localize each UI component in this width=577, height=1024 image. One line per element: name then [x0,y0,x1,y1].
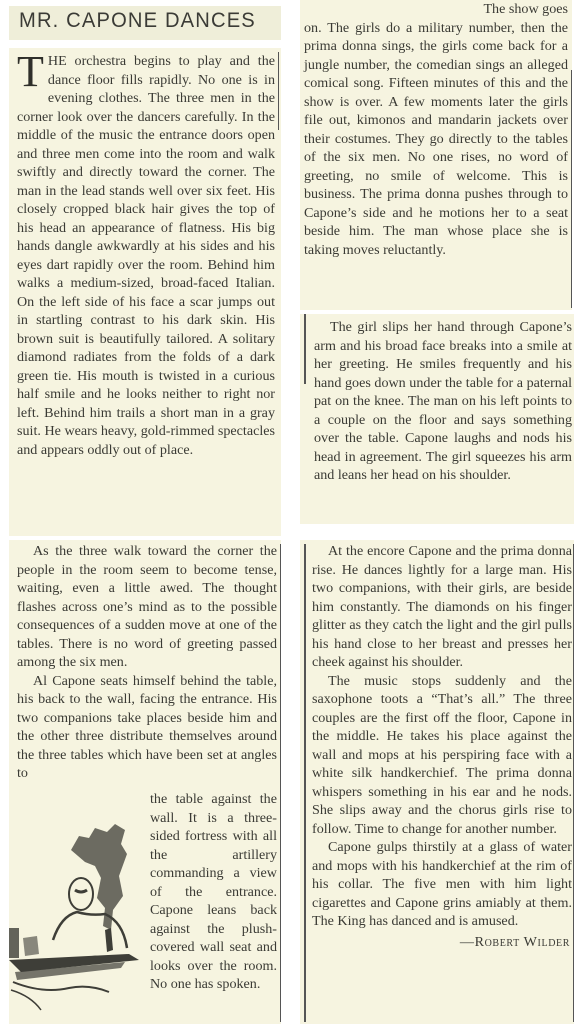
column-rule [280,544,282,1022]
paragraph: on. The girls do a military number, then… [304,19,568,260]
column-text: The show goes on. The girls do a militar… [304,0,568,259]
right-bottom-column: At the encore Capone and the prima donna… [300,540,574,1024]
column-rule [571,70,573,308]
paragraph: The girl slips her hand through Capone’s… [314,318,572,485]
column-text: As the three walk toward the corner the … [17,542,277,783]
column-rule [304,314,306,384]
paragraph: Capone gulps thirstily at a glass of wat… [312,838,572,931]
paragraph: Al Capone seats himself behind the table… [17,672,277,783]
article-title: MR. CAPONE DANCES [19,9,256,33]
column-text: THE orchestra begins to play and the dan… [17,52,275,459]
continued-line: The show goes [304,0,568,19]
column-rule [573,544,575,1022]
drop-cap: T [17,54,44,90]
column-text: At the encore Capone and the prima donna… [312,542,572,951]
capone-sketch-illustration [9,810,147,1015]
left-bottom-column: As the three walk toward the corner the … [9,540,281,1024]
paragraph: The music stops suddenly and the saxopho… [312,672,572,839]
paragraph: At the encore Capone and the prima donna… [312,542,572,672]
author-byline: —Robert Wilder [312,933,572,952]
paragraph: THE orchestra begins to play and the dan… [17,52,275,459]
paragraph-text: HE orchestra begins to play and the danc… [17,53,275,458]
right-top-column: The show goes on. The girls do a militar… [300,0,572,310]
column-rule [278,52,280,130]
right-middle-column: The girl slips her hand through Capone’s… [300,314,574,524]
title-band: MR. CAPONE DANCES [9,6,281,40]
column-text: The girl slips her hand through Capone’s… [314,318,572,485]
column-rule [304,544,306,1022]
left-top-column: THE orchestra begins to play and the dan… [9,48,281,536]
paragraph: As the three walk toward the corner the … [17,542,277,672]
wrapped-paragraph-text: the table against the wall. It is a thre… [150,790,277,994]
